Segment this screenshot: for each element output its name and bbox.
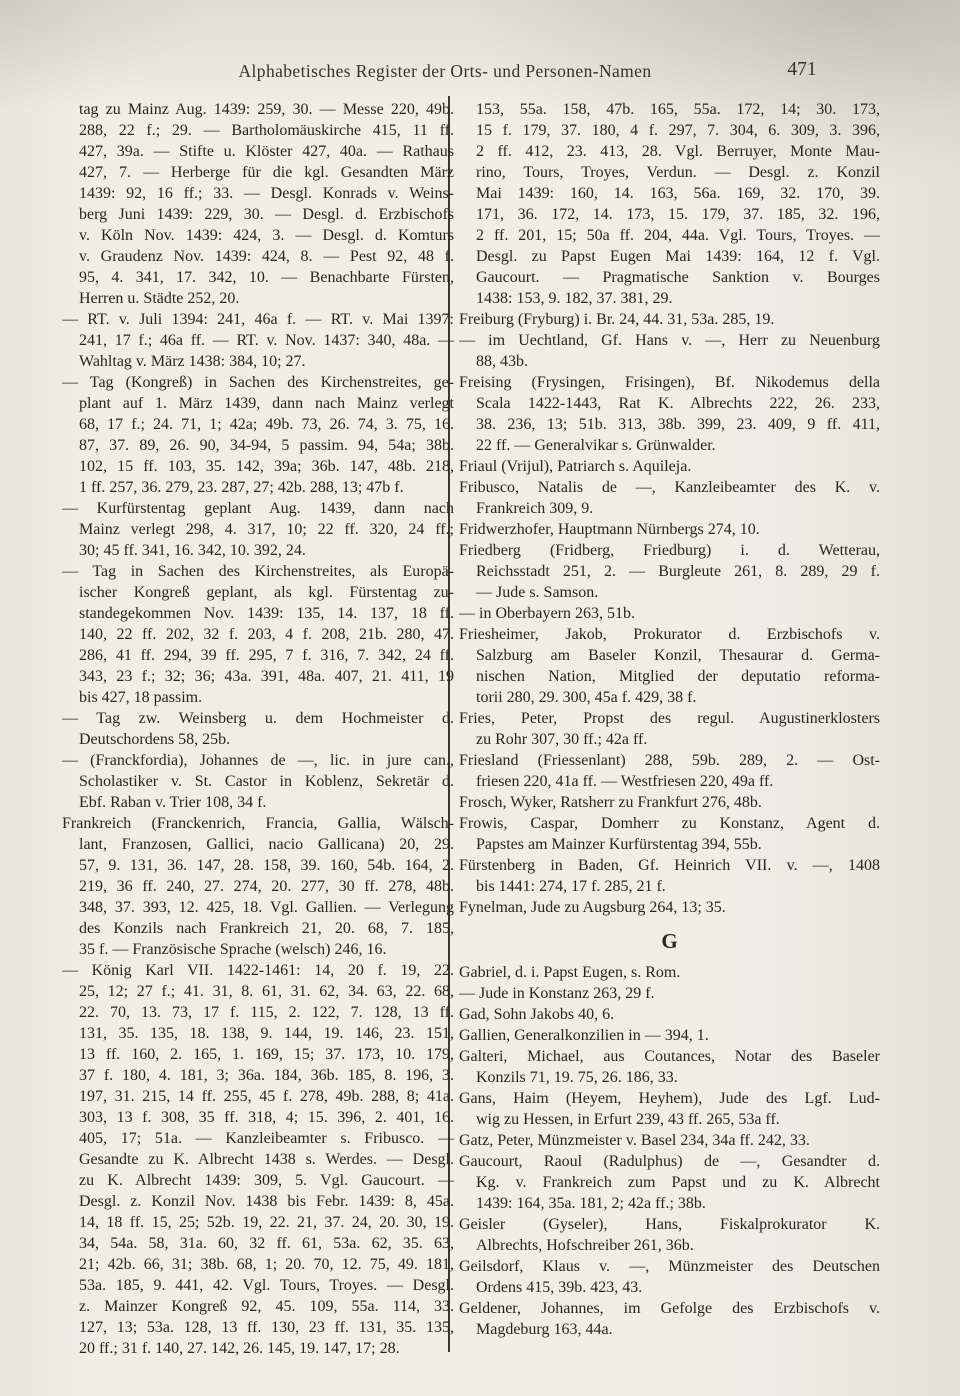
text-line: z. Mainzer Kongreß 92, 45. 109, 55a. 114… (62, 1296, 454, 1317)
text-line: Mai 1439: 160, 14. 163, 56a. 169, 32. 17… (459, 183, 880, 204)
text-line: — Tag in Sachen des Kirchenstreites, als… (62, 561, 454, 582)
text-line: — Jude s. Samson. (459, 582, 880, 603)
text-line: 57, 9. 131, 36. 147, 28. 158, 39. 160, 5… (62, 855, 454, 876)
text-line: — in Oberbayern 263, 51b. (459, 603, 880, 624)
text-line: Fürstenberg in Baden, Gf. Heinrich VII. … (459, 855, 880, 876)
section-heading: G (459, 918, 880, 962)
text-line: 1 ff. 257, 36. 279, 23. 287, 27; 42b. 28… (62, 477, 454, 498)
text-line: Freiburg (Fryburg) i. Br. 24, 44. 31, 53… (459, 309, 880, 330)
text-line: — Kurfürstentag geplant Aug. 1439, dann … (62, 498, 454, 519)
text-line: 53a. 185, 9. 441, 42. Vgl. Tours, Troyes… (62, 1275, 454, 1296)
text-line: Friaul (Vrijul), Patriarch s. Aquileja. (459, 456, 880, 477)
text-line: 171, 36. 172, 14. 173, 15. 179, 37. 185,… (459, 204, 880, 225)
text-line: Magdeburg 163, 44a. (459, 1319, 880, 1340)
text-line: — Tag (Kongreß) in Sachen des Kirchenstr… (62, 372, 454, 393)
text-line: zu Rohr 307, 30 ff.; 42a ff. (459, 729, 880, 750)
text-line: Mainz verlegt 298, 4. 317, 10; 22 ff. 32… (62, 519, 454, 540)
text-line: 2 ff. 412, 23. 413, 28. Vgl. Berruyer, M… (459, 141, 880, 162)
text-line: 2 ff. 201, 15; 50a ff. 204, 44a. Vgl. To… (459, 225, 880, 246)
text-line: 21; 42b. 66, 31; 38b. 68, 1; 20. 70, 12.… (62, 1254, 454, 1275)
text-line: Fribusco, Natalis de —, Kanzleibeamter d… (459, 477, 880, 498)
text-line: bis 1441: 274, 17 f. 285, 21 f. (459, 876, 880, 897)
text-line: lant, Franzosen, Gallici, nacio Gallican… (62, 834, 454, 855)
text-line: Papstes am Mainzer Kurfürstentag 394, 55… (459, 834, 880, 855)
text-line: 286, 41 ff. 294, 39 ff. 295, 7 f. 316, 7… (62, 645, 454, 666)
text-line: Wahltag v. März 1438: 384, 10; 27. (62, 351, 454, 372)
text-line: — RT. v. Juli 1394: 241, 46a f. — RT. v.… (62, 309, 454, 330)
text-line: Geilsdorf, Klaus v. —, Münzmeister des D… (459, 1256, 880, 1277)
text-line: Freising (Frysingen, Frisingen), Bf. Nik… (459, 372, 880, 393)
text-line: nischen Nation, Mitglied der deputatio r… (459, 666, 880, 687)
text-line: Gallien, Generalkonzilien in — 394, 1. (459, 1025, 880, 1046)
text-line: Geisler (Gyseler), Hans, Fiskalprokurato… (459, 1214, 880, 1235)
text-line: Deutschordens 58, 25b. (62, 729, 454, 750)
text-line: v. Graudenz Nov. 1439: 424, 8. — Pest 92… (62, 246, 454, 267)
text-line: 95, 4. 341, 17. 342, 10. — Benachbarte F… (62, 267, 454, 288)
text-line: standegekommen Nov. 1439: 135, 14. 137, … (62, 603, 454, 624)
text-line: Reichsstadt 251, 2. — Burgleute 261, 8. … (459, 561, 880, 582)
text-line: 14, 18 ff. 15, 25; 52b. 19, 22. 21, 37. … (62, 1212, 454, 1233)
text-line: 288, 22 f.; 29. — Bartholomäuskirche 415… (62, 120, 454, 141)
text-line: Scholastiker v. St. Castor in Koblenz, S… (62, 771, 454, 792)
text-line: 127, 13; 53a. 128, 13 ff. 130, 23 ff. 13… (62, 1317, 454, 1338)
text-line: 37 f. 180, 4. 181, 3; 36a. 184, 36b. 185… (62, 1065, 454, 1086)
text-line: 131, 35. 135, 18. 138, 9. 144, 19. 146, … (62, 1023, 454, 1044)
text-line: Fridwerzhofer, Hauptmann Nürnbergs 274, … (459, 519, 880, 540)
left-column: tag zu Mainz Aug. 1439: 259, 30. — Messe… (62, 99, 454, 1359)
text-line: 22 ff. — Generalvikar s. Grünwalder. (459, 435, 880, 456)
text-line: 87, 37. 89, 26. 90, 34-94, 5 passim. 94,… (62, 435, 454, 456)
text-line: 241, 17 f.; 46a ff. — RT. v. Nov. 1437: … (62, 330, 454, 351)
book-page: Alphabetisches Register der Orts- und Pe… (0, 0, 960, 1396)
text-line: 405, 17; 51a. — Kanzleibeamter s. Fribus… (62, 1128, 454, 1149)
text-line: 427, 7. — Herberge für die kgl. Gesandte… (62, 162, 454, 183)
page-number: 471 (762, 59, 842, 81)
text-line: 102, 15 ff. 103, 35. 142, 39a; 36b. 147,… (62, 456, 454, 477)
text-line: 88, 43b. (459, 351, 880, 372)
text-line: 13 ff. 160, 2. 165, 1. 169, 15; 37. 173,… (62, 1044, 454, 1065)
text-line: Konzils 71, 19. 75, 26. 186, 33. (459, 1067, 880, 1088)
text-line: Galteri, Michael, aus Coutances, Notar d… (459, 1046, 880, 1067)
text-line: — Tag zw. Weinsberg u. dem Hochmeister d… (62, 708, 454, 729)
text-line: Frankreich (Franckenrich, Francia, Galli… (62, 813, 454, 834)
text-line: Geldener, Johannes, im Gefolge des Erzbi… (459, 1298, 880, 1319)
text-line: bis 427, 18 passim. (62, 687, 454, 708)
text-line: v. Köln Nov. 1439: 424, 3. — Desgl. d. K… (62, 225, 454, 246)
text-line: 68, 17 f.; 24. 71, 1; 42a; 49b. 73, 26. … (62, 414, 454, 435)
text-line: berg Juni 1439: 229, 30. — Desgl. d. Erz… (62, 204, 454, 225)
text-line: des Konzils nach Frankreich 21, 20. 68, … (62, 918, 454, 939)
text-line: Gaucourt. — Pragmatische Sanktion v. Bou… (459, 267, 880, 288)
text-line: 20 ff.; 31 f. 140, 27. 142, 26. 145, 19.… (62, 1338, 454, 1359)
text-line: Desgl. z. Konzil Nov. 1438 bis Febr. 143… (62, 1191, 454, 1212)
text-line: 343, 23 f.; 32; 36; 43a. 391, 48a. 407, … (62, 666, 454, 687)
text-line: rino, Tours, Troyes, Verdun. — Desgl. z.… (459, 162, 880, 183)
text-line: Herren u. Städte 252, 20. (62, 288, 454, 309)
text-line: 197, 31. 215, 14 ff. 255, 45 f. 278, 49b… (62, 1086, 454, 1107)
text-line: 153, 55a. 158, 47b. 165, 55a. 172, 14; 3… (459, 99, 880, 120)
page-title: Alphabetisches Register der Orts- und Pe… (62, 61, 828, 82)
text-line: Friesland (Friessenlant) 288, 59b. 289, … (459, 750, 880, 771)
text-line: Gad, Sohn Jakobs 40, 6. (459, 1004, 880, 1025)
text-line: 348, 37. 393, 12. 425, 18. Vgl. Gallien.… (62, 897, 454, 918)
text-line: Frankreich 309, 9. (459, 498, 880, 519)
text-line: Fries, Peter, Propst des regul. Augustin… (459, 708, 880, 729)
text-line: 35 f. — Französische Sprache (welsch) 24… (62, 939, 454, 960)
text-line: Kg. v. Frankreich zum Papst und zu K. Al… (459, 1172, 880, 1193)
text-line: — König Karl VII. 1422-1461: 14, 20 f. 1… (62, 960, 454, 981)
text-line: — Jude in Konstanz 263, 29 f. (459, 983, 880, 1004)
text-line: Desgl. zu Papst Eugen Mai 1439: 164, 12 … (459, 246, 880, 267)
text-line: 303, 13 f. 308, 35 ff. 318, 4; 15. 396, … (62, 1107, 454, 1128)
text-line: Frosch, Wyker, Ratsherr zu Frankfurt 276… (459, 792, 880, 813)
text-line: 15 f. 179, 37. 180, 4 f. 297, 7. 304, 6.… (459, 120, 880, 141)
text-line: Gatz, Peter, Münzmeister v. Basel 234, 3… (459, 1130, 880, 1151)
text-line: wig zu Hessen, in Erfurt 239, 43 ff. 265… (459, 1109, 880, 1130)
text-line: 140, 22 ff. 202, 32 f. 203, 4 f. 208, 21… (62, 624, 454, 645)
text-line: zu K. Albrecht 1439: 309, 5. Vgl. Gaucou… (62, 1170, 454, 1191)
text-line: 34, 54a. 58, 31a. 60, 32 ff. 61, 53a. 62… (62, 1233, 454, 1254)
text-line: Albrechts, Hofschreiber 261, 36b. (459, 1235, 880, 1256)
text-line: Gans, Haim (Heyem, Heyhem), Jude des Lgf… (459, 1088, 880, 1109)
text-line: 30; 45 ff. 341, 16. 342, 10. 392, 24. (62, 540, 454, 561)
text-line: 219, 36 ff. 240, 27. 274, 20. 277, 30 ff… (62, 876, 454, 897)
text-line: — im Uechtland, Gf. Hans v. —, Herr zu N… (459, 330, 880, 351)
text-line: friesen 220, 41a ff. — Westfriesen 220, … (459, 771, 880, 792)
text-line: Friedberg (Fridberg, Friedburg) i. d. We… (459, 540, 880, 561)
text-line: ischer Kongreß geplant, als kgl. Fürsten… (62, 582, 454, 603)
text-line: 1438: 153, 9. 182, 37. 381, 29. (459, 288, 880, 309)
text-line: 427, 39a. — Stifte u. Klöster 427, 40a. … (62, 141, 454, 162)
text-line: Gesandte zu K. Albrecht 1438 s. Werdes. … (62, 1149, 454, 1170)
text-line: Ordens 415, 39b. 423, 43. (459, 1277, 880, 1298)
text-line: tag zu Mainz Aug. 1439: 259, 30. — Messe… (62, 99, 454, 120)
text-line: Frowis, Caspar, Domherr zu Konstanz, Age… (459, 813, 880, 834)
text-line: Scala 1422-1443, Rat K. Albrechts 222, 2… (459, 393, 880, 414)
text-line: Gaucourt, Raoul (Radulphus) de —, Gesand… (459, 1151, 880, 1172)
text-line: Ebf. Raban v. Trier 108, 34 f. (62, 792, 454, 813)
text-line: Salzburg am Baseler Konzil, Thesaurar d.… (459, 645, 880, 666)
text-line: 25, 12; 27 f.; 41. 31, 8. 61, 31. 62, 34… (62, 981, 454, 1002)
text-line: 38. 236, 13; 51b. 313, 38b. 399, 23. 409… (459, 414, 880, 435)
text-line: — (Franckfordia), Johannes de —, lic. in… (62, 750, 454, 771)
text-line: Friesheimer, Jakob, Prokurator d. Erzbis… (459, 624, 880, 645)
text-line: plant auf 1. März 1439, dann nach Mainz … (62, 393, 454, 414)
text-line: Gabriel, d. i. Papst Eugen, s. Rom. (459, 962, 880, 983)
right-column: 153, 55a. 158, 47b. 165, 55a. 172, 14; 3… (459, 99, 880, 1340)
text-line: 1439: 92, 16 ff.; 33. — Desgl. Konrads v… (62, 183, 454, 204)
text-line: 1439: 164, 35a. 181, 2; 42a ff.; 38b. (459, 1193, 880, 1214)
text-line: 22. 70, 13. 73, 17 f. 115, 2. 122, 7. 12… (62, 1002, 454, 1023)
text-line: torii 280, 29. 300, 45a f. 429, 38 f. (459, 687, 880, 708)
text-line: Fynelman, Jude zu Augsburg 264, 13; 35. (459, 897, 880, 918)
